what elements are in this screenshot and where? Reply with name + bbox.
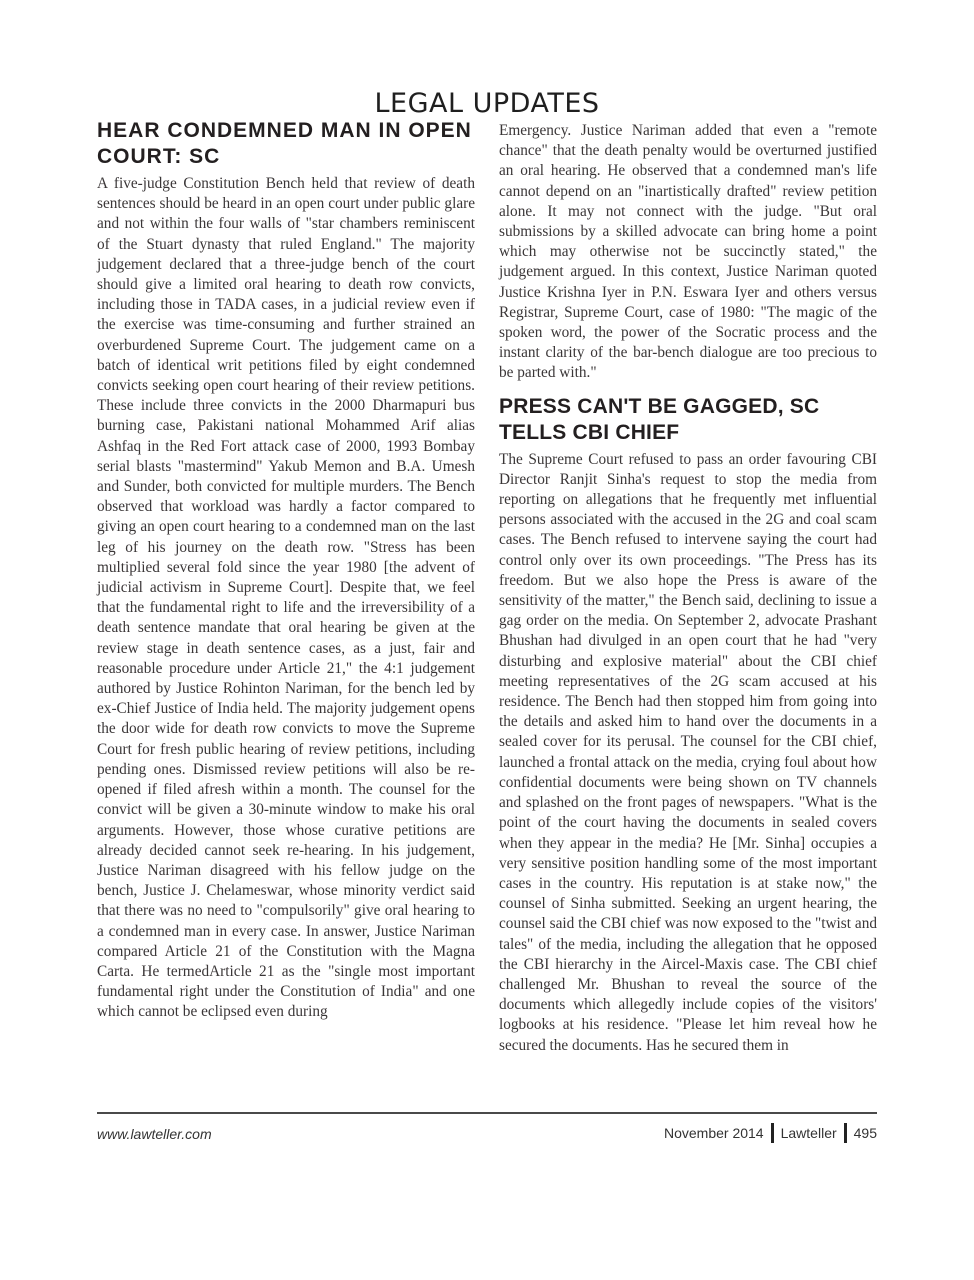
footer-website-link[interactable]: www.lawteller.com xyxy=(97,1126,212,1142)
article-2-headline: PRESS CAN'T BE GAGGED, SC TELLS CBI CHIE… xyxy=(499,394,877,446)
footer-publication: Lawteller xyxy=(781,1125,837,1141)
footer-info: November 2014 Lawteller 495 xyxy=(664,1123,877,1143)
footer-separator xyxy=(771,1123,774,1143)
left-column: HEAR CONDEMNED MAN IN OPEN COURT: SC A f… xyxy=(97,118,475,1023)
footer-date: November 2014 xyxy=(664,1125,764,1141)
article-1-headline: HEAR CONDEMNED MAN IN OPEN COURT: SC xyxy=(97,118,475,170)
right-column: Emergency. Justice Nariman added that ev… xyxy=(499,121,877,1056)
article-1-body-part-1: A five-judge Constitution Bench held tha… xyxy=(97,174,475,1023)
page-title: LEGAL UPDATES xyxy=(0,88,974,120)
footer-page-number: 495 xyxy=(854,1125,877,1141)
article-2-body: The Supreme Court refused to pass an ord… xyxy=(499,450,877,1056)
footer-divider xyxy=(97,1112,877,1114)
footer-separator xyxy=(844,1123,847,1143)
article-1-body-part-2: Emergency. Justice Nariman added that ev… xyxy=(499,121,877,384)
